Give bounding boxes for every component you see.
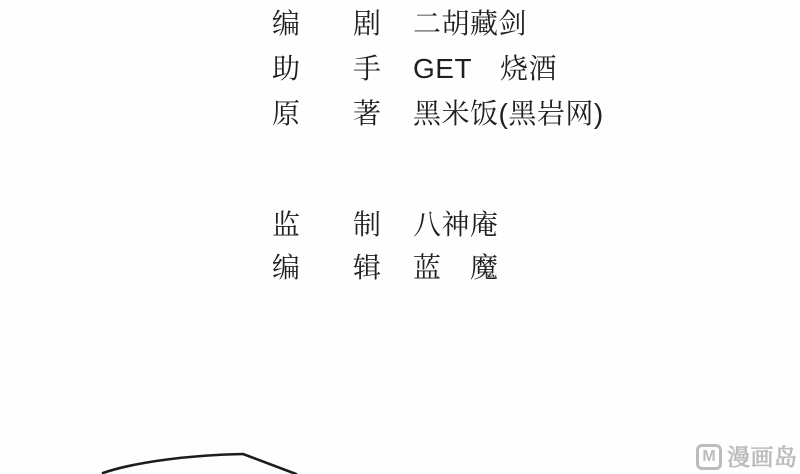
credit-label-char: 剧 — [353, 9, 413, 39]
credit-row-original-author: 原 著 黑米饭(黑岩网) — [272, 99, 604, 129]
credit-value: 八神庵 — [413, 210, 499, 240]
credit-label-char: 制 — [353, 210, 413, 240]
comic-credits-page: 编 剧 二胡藏剑 助 手 GET 烧酒 原 著 黑米饭(黑岩网) 监 制 八神庵… — [0, 0, 800, 474]
credits-group-staff: 监 制 八神庵 编 辑 蓝 魔 — [272, 210, 499, 296]
credit-label-char: 手 — [353, 54, 413, 84]
credit-row-assistant: 助 手 GET 烧酒 — [272, 54, 604, 84]
credit-label-char: 助 — [272, 54, 353, 84]
credit-label-char: 编 — [272, 253, 353, 283]
credit-value: GET 烧酒 — [413, 54, 557, 84]
credit-row-producer: 监 制 八神庵 — [272, 210, 499, 240]
sketch-stroke — [103, 454, 296, 474]
watermark-brand-text: 漫画岛 — [727, 444, 798, 470]
logo-letter: M — [702, 448, 715, 466]
manhuadao-logo-icon: M — [696, 444, 722, 470]
credit-row-screenwriter: 编 剧 二胡藏剑 — [272, 9, 604, 39]
manhuadao-watermark: M 漫画岛 — [696, 444, 798, 470]
credit-label-char: 原 — [272, 99, 353, 129]
credit-label-char: 编 — [272, 9, 353, 39]
credit-value: 蓝 魔 — [413, 253, 499, 283]
credits-group-main: 编 剧 二胡藏剑 助 手 GET 烧酒 原 著 黑米饭(黑岩网) — [272, 9, 604, 144]
credit-label-char: 辑 — [353, 253, 413, 283]
credit-label-char: 监 — [272, 210, 353, 240]
credit-value: 二胡藏剑 — [413, 9, 527, 39]
credit-value: 黑米饭(黑岩网) — [413, 99, 604, 129]
credit-row-editor: 编 辑 蓝 魔 — [272, 253, 499, 283]
credit-label-char: 著 — [353, 99, 413, 129]
